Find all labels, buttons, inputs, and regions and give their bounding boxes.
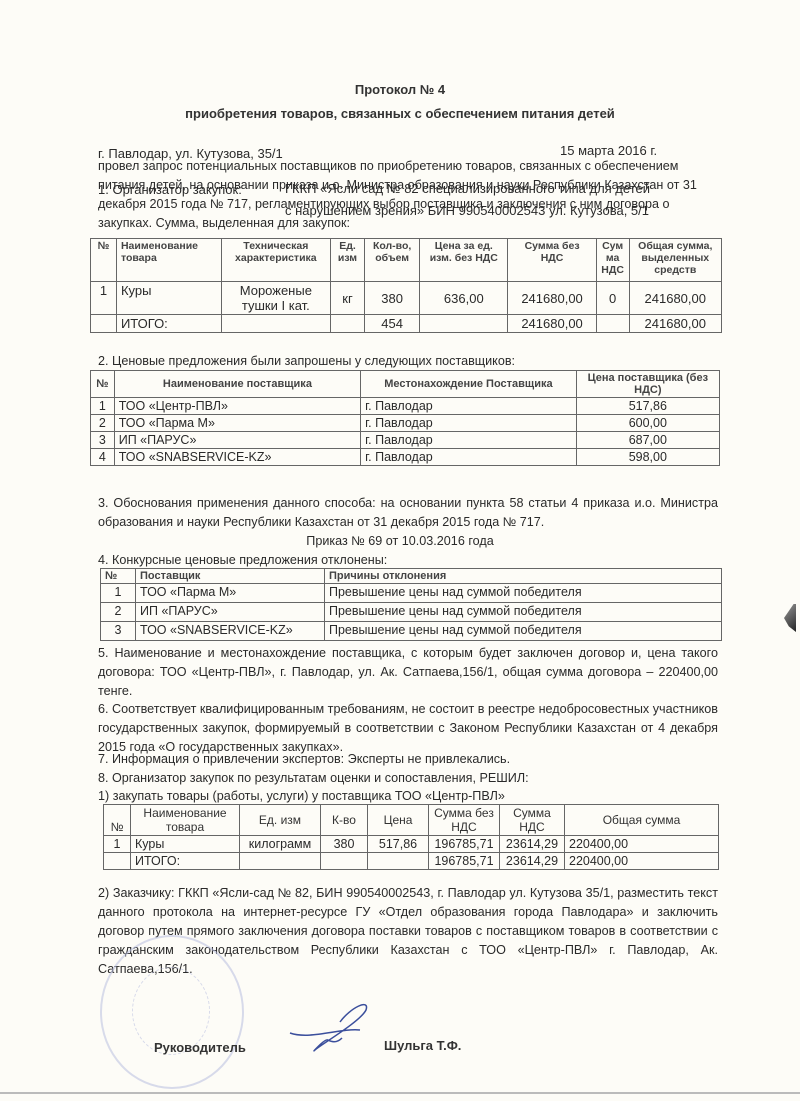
col-item-name: Наименование товара (116, 239, 221, 282)
col-qty: Кол-во, объем (365, 239, 420, 282)
table-total-row: ИТОГО: 196785,71 23614,29 220400,00 (104, 853, 719, 870)
table-row: 3 ТОО «SNABSERVICE-KZ» Превышение цены н… (101, 622, 722, 641)
cell-number: 3 (101, 622, 136, 641)
document-date: 15 марта 2016 г. (560, 143, 657, 158)
cell-price: 517,86 (368, 836, 429, 853)
col-supplier: Поставщик (136, 569, 325, 584)
document-title: Протокол № 4 (0, 82, 800, 97)
col-total-allocated: Общая сумма, выделенных средств (629, 239, 721, 282)
col-supplier-price: Цена поставщика (без НДС) (576, 371, 719, 398)
col-number: № (101, 569, 136, 584)
table-header-row: № Наименование товара Ед. изм К-во Цена … (104, 805, 719, 836)
allocated-funds-table: № Наименование товара Техническая характ… (90, 238, 722, 333)
cell-qty: 380 (365, 282, 420, 315)
cell-number: 1 (104, 836, 131, 853)
section-8-heading: 8. Организатор закупок по результатам оц… (98, 769, 529, 788)
section-6-text: 6. Соответствует квалифицированным требо… (98, 700, 718, 757)
cell-vat-sum: 23614,29 (500, 836, 565, 853)
cell-supplier-name: ТОО «Парма М» (114, 415, 360, 432)
cell-supplier-price: 600,00 (576, 415, 719, 432)
cell-number: 1 (101, 584, 136, 603)
cell-supplier-location: г. Павлодар (361, 398, 577, 415)
cell-supplier-price: 687,00 (576, 432, 719, 449)
cell-supplier-location: г. Павлодар (361, 415, 577, 432)
cell-vat-sum-total: 23614,29 (500, 853, 565, 870)
cell-unit (330, 315, 364, 333)
cell-number: 4 (91, 449, 115, 466)
cell-unit: килограмм (240, 836, 321, 853)
col-item-name: Наименование товара (131, 805, 240, 836)
table-header-row: № Наименование товара Техническая характ… (91, 239, 722, 282)
col-spec: Техническая характеристика (221, 239, 330, 282)
cell-total-label: ИТОГО: (131, 853, 240, 870)
col-unit: Ед. изм (240, 805, 321, 836)
table-row: 1 ТОО «Парма М» Превышение цены над сумм… (101, 584, 722, 603)
col-unit: Ед. изм (330, 239, 364, 282)
cell-supplier-name: ТОО «Центр-ПВЛ» (114, 398, 360, 415)
cell-supplier-price: 517,86 (576, 398, 719, 415)
section-7-text: 7. Информация о привлечении экспертов: Э… (98, 750, 510, 769)
cell-unit-price: 636,00 (420, 282, 508, 315)
cell-spec: Мороженые тушки I кат. (221, 282, 330, 315)
document-subtitle: приобретения товаров, связанных с обеспе… (0, 106, 800, 121)
official-stamp-icon (100, 935, 244, 1089)
table-row: 3 ИП «ПАРУС» г. Павлодар 687,00 (91, 432, 720, 449)
table-row: 1 Куры Мороженые тушки I кат. кг 380 636… (91, 282, 722, 315)
cell-total-sum: 220400,00 (565, 836, 719, 853)
cell-supplier-name: ИП «ПАРУС» (114, 432, 360, 449)
col-unit-price: Цена за ед. изм. без НДС (420, 239, 508, 282)
table-row: 2 ТОО «Парма М» г. Павлодар 600,00 (91, 415, 720, 432)
cell-number: 2 (91, 415, 115, 432)
col-supplier-location: Местонахождение Поставщика (361, 371, 577, 398)
cell-number: 3 (91, 432, 115, 449)
cell-number: 2 (101, 603, 136, 622)
col-qty: К-во (321, 805, 368, 836)
cell-vat (596, 315, 629, 333)
cell-supplier: ТОО «SNABSERVICE-KZ» (136, 622, 325, 641)
col-sum-no-vat: Сумма без НДС (508, 239, 596, 282)
col-number: № (91, 239, 117, 282)
cell-number (91, 315, 117, 333)
cell-total-allocated: 241680,00 (629, 315, 721, 333)
suppliers-table: № Наименование поставщика Местонахождени… (90, 370, 720, 466)
col-sum-no-vat: Сумма без НДС (429, 805, 500, 836)
cell-vat: 0 (596, 282, 629, 315)
cell-qty: 380 (321, 836, 368, 853)
col-price: Цена (368, 805, 429, 836)
purchase-decision-table: № Наименование товара Ед. изм К-во Цена … (103, 804, 719, 870)
table-header-row: № Наименование поставщика Местонахождени… (91, 371, 720, 398)
cell-item-name: Куры (116, 282, 221, 315)
cell-sum-no-vat: 196785,71 (429, 836, 500, 853)
col-vat-sum: Сумма НДС (500, 805, 565, 836)
col-total-sum: Общая сумма (565, 805, 719, 836)
col-number: № (104, 805, 131, 836)
section-3-text: 3. Обоснования применения данного способ… (98, 494, 718, 532)
cell-qty (321, 853, 368, 870)
cell-supplier-location: г. Павлодар (361, 432, 577, 449)
scan-edge-mark-icon (784, 604, 796, 632)
cell-rejection-reason: Превышение цены над суммой победителя (325, 584, 722, 603)
table-row: 1 ТОО «Центр-ПВЛ» г. Павлодар 517,86 (91, 398, 720, 415)
signature-icon (280, 1000, 390, 1055)
section-2-heading: 2. Ценовые предложения были запрошены у … (98, 352, 515, 371)
cell-rejection-reason: Превышение цены над суммой победителя (325, 603, 722, 622)
cell-sum-no-vat: 241680,00 (508, 282, 596, 315)
section-5-text: 5. Наименование и местонахождение постав… (98, 644, 718, 701)
rejected-offers-table: № Поставщик Причины отклонения 1 ТОО «Па… (100, 568, 722, 641)
cell-sum-no-vat-total: 196785,71 (429, 853, 500, 870)
cell-total: 241680,00 (629, 282, 721, 315)
cell-rejection-reason: Превышение цены над суммой победителя (325, 622, 722, 641)
cell-supplier-name: ТОО «SNABSERVICE-KZ» (114, 449, 360, 466)
cell-supplier: ИП «ПАРУС» (136, 603, 325, 622)
table-row: 4 ТОО «SNABSERVICE-KZ» г. Павлодар 598,0… (91, 449, 720, 466)
col-vat: Сум ма НДС (596, 239, 629, 282)
cell-unit (240, 853, 321, 870)
cell-number: 1 (91, 398, 115, 415)
cell-number (104, 853, 131, 870)
col-number: № (91, 371, 115, 398)
cell-total-label: ИТОГО: (116, 315, 221, 333)
intro-paragraph: провел запрос потенциальных поставщиков … (98, 157, 718, 233)
cell-price (368, 853, 429, 870)
cell-supplier-price: 598,00 (576, 449, 719, 466)
cell-qty-total: 454 (365, 315, 420, 333)
cell-sum-no-vat-total: 241680,00 (508, 315, 596, 333)
cell-unit: кг (330, 282, 364, 315)
col-rejection-reason: Причины отклонения (325, 569, 722, 584)
cell-number: 1 (91, 282, 117, 315)
table-total-row: ИТОГО: 454 241680,00 241680,00 (91, 315, 722, 333)
cell-item-name: Куры (131, 836, 240, 853)
signatory-role: Руководитель (154, 1040, 246, 1055)
order-reference: Приказ № 69 от 10.03.2016 года (0, 532, 800, 551)
page-bottom-edge (0, 1092, 800, 1094)
cell-supplier-location: г. Павлодар (361, 449, 577, 466)
cell-supplier: ТОО «Парма М» (136, 584, 325, 603)
col-supplier-name: Наименование поставщика (114, 371, 360, 398)
table-header-row: № Поставщик Причины отклонения (101, 569, 722, 584)
cell-spec (221, 315, 330, 333)
signatory-name: Шульга Т.Ф. (384, 1038, 461, 1053)
cell-unit-price (420, 315, 508, 333)
table-row: 1 Куры килограмм 380 517,86 196785,71 23… (104, 836, 719, 853)
cell-total-sum-total: 220400,00 (565, 853, 719, 870)
table-row: 2 ИП «ПАРУС» Превышение цены над суммой … (101, 603, 722, 622)
